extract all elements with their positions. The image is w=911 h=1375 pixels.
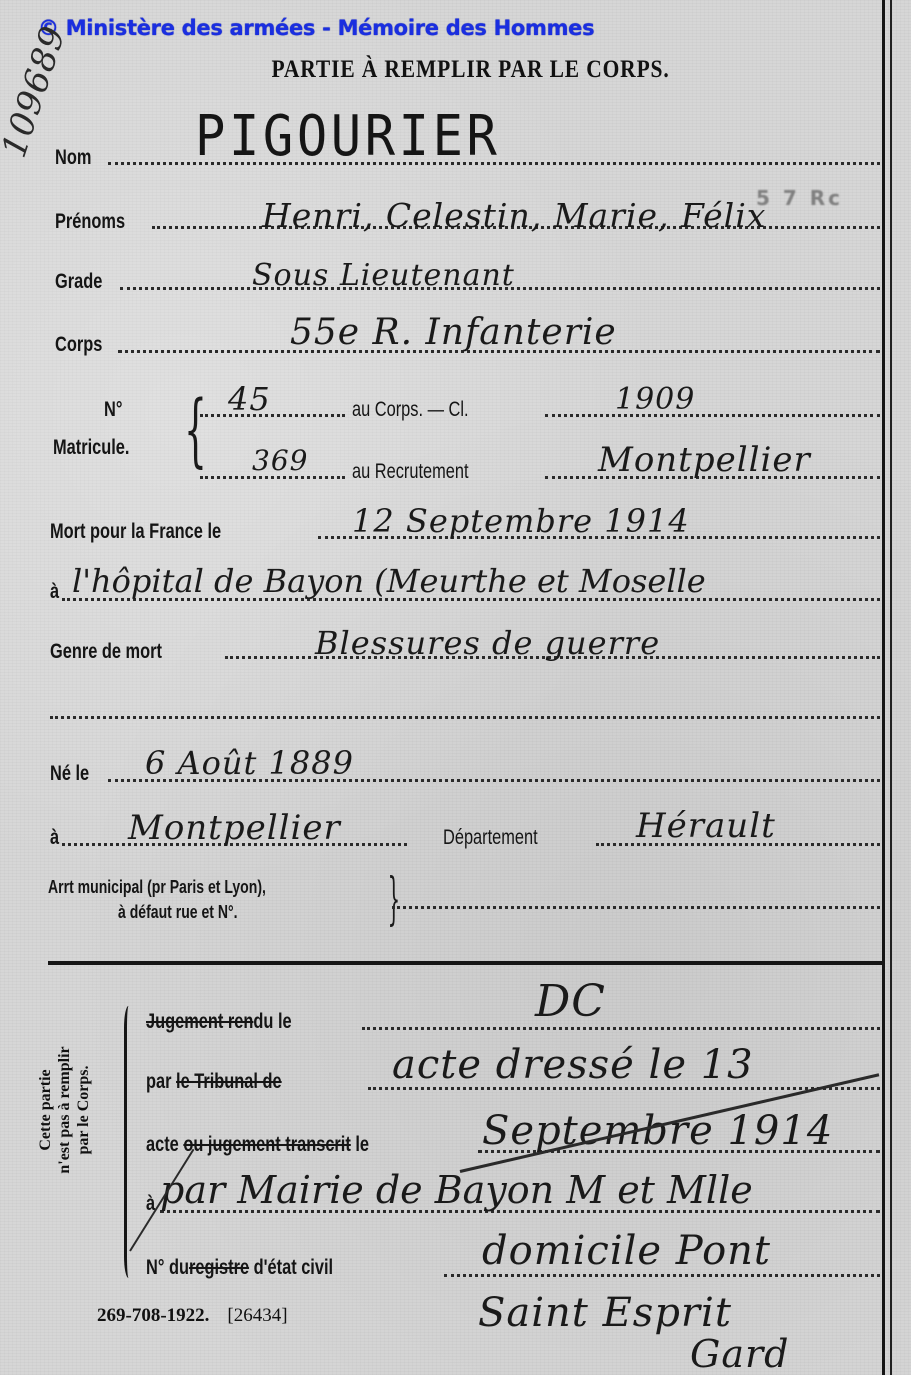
a-value: par Mairie de Bayon M et Mlle [160,1168,753,1212]
au-corps-label: au Corps. — Cl. [352,398,469,422]
matricule-brace: { [184,390,207,470]
footer-code: 269-708-1922.[26434] [97,1305,288,1327]
naissance-value: 6 Août 1889 [145,744,354,782]
side-note-line-1: Cette partie [36,1015,55,1205]
right-border [882,0,885,1375]
classe-line [545,414,880,417]
transcrit-acte: acte [146,1133,179,1156]
registre-struck: registre [189,1256,249,1279]
tribunal-par: par [146,1070,171,1093]
departement-label: Département [443,826,538,850]
lieu-mort-value: l'hôpital de Bayon (Meurthe et Moselle [72,562,706,600]
print-code: 269-708-1922. [97,1305,209,1326]
registre-line [444,1274,880,1277]
au-recrutement-label: au Recrutement [352,460,469,484]
tribunal-value: acte dressé le 13 [392,1042,754,1088]
lieu-naissance-label: à [50,826,59,850]
arrondissement-label-2: à défaut rue et N°. [118,902,238,923]
registre-label: N° duregistre d'état civil [146,1256,333,1280]
grade-label: Grade [55,270,102,294]
registre-du: du [169,1256,189,1279]
jugement-label: Jugement rendu le [146,1010,292,1034]
extra-line-1: Saint Esprit [478,1290,732,1336]
transcrit-label: acte ou jugement transcrit le [146,1133,369,1157]
nom-value: PIGOURIER [195,104,500,169]
archive-number: 109689 [0,21,74,163]
mort-value: 12 Septembre 1914 [352,502,690,540]
blank-line [50,716,880,719]
form-title: PARTIE À REMPLIR PAR LE CORPS. [64,56,847,84]
print-bracket: [26434] [227,1305,287,1326]
lieu-naissance-value: Montpellier [128,808,341,848]
tribunal-struck: le Tribunal de [176,1070,282,1093]
departement-value: Hérault [636,806,776,846]
transcrit-struck: ou jugement transcrit [183,1133,350,1156]
corps-number-line [200,414,345,417]
mort-label: Mort pour la France le [50,520,221,544]
corps-label: Corps [55,333,102,357]
jugement-line [362,1027,880,1030]
arrondissement-label-1: Arrt municipal (pr Paris et Lyon), [48,877,266,898]
genre-mort-label: Genre de mort [50,640,162,664]
stamp: 5 7 Rc [756,186,843,210]
registre-no: N° [146,1256,164,1279]
arrondissement-brace: } [388,872,400,928]
extra-line-2: Gard [690,1332,790,1375]
transcrit-value: Septembre 1914 [482,1108,833,1154]
matricule-no-label: N° [104,398,122,422]
classe-value: 1909 [615,382,695,417]
recrutement-number-value: 369 [252,444,308,477]
jugement-label-text: du le [253,1010,291,1033]
grade-value: Sous Lieutenant [252,258,515,293]
corps-number-value: 45 [228,380,271,418]
matricule-label: Matricule. [53,436,129,460]
nom-label: Nom [55,146,91,170]
arrondissement-line [392,906,880,909]
watermark: © Ministère des armées - Mémoire des Hom… [38,16,594,40]
genre-mort-value: Blessures de guerre [315,624,660,662]
recrutement-place-value: Montpellier [598,440,811,480]
side-note-line-3: par le Corps. [74,1015,93,1205]
right-border-inner [890,0,892,1375]
prenoms-value: Henri, Celestin, Marie, Félix [262,196,766,235]
side-note-line-2: n'est pas à remplir [55,1015,74,1205]
registre-value: domicile Pont [482,1228,771,1274]
side-note: Cette partie n'est pas à remplir par le … [36,1015,93,1205]
registre-end: d'état civil [254,1256,333,1279]
prenoms-label: Prénoms [55,210,125,234]
naissance-label: Né le [50,762,89,786]
jugement-struck: Jugement ren [146,1010,253,1033]
section-divider [48,961,884,965]
transcrit-le: le [355,1133,369,1156]
lieu-mort-label: à [50,580,59,604]
tribunal-label: par le Tribunal de [146,1070,282,1094]
jugement-value: DC [535,976,606,1027]
civil-brace [124,1006,133,1278]
corps-value: 55e R. Infanterie [290,312,617,353]
